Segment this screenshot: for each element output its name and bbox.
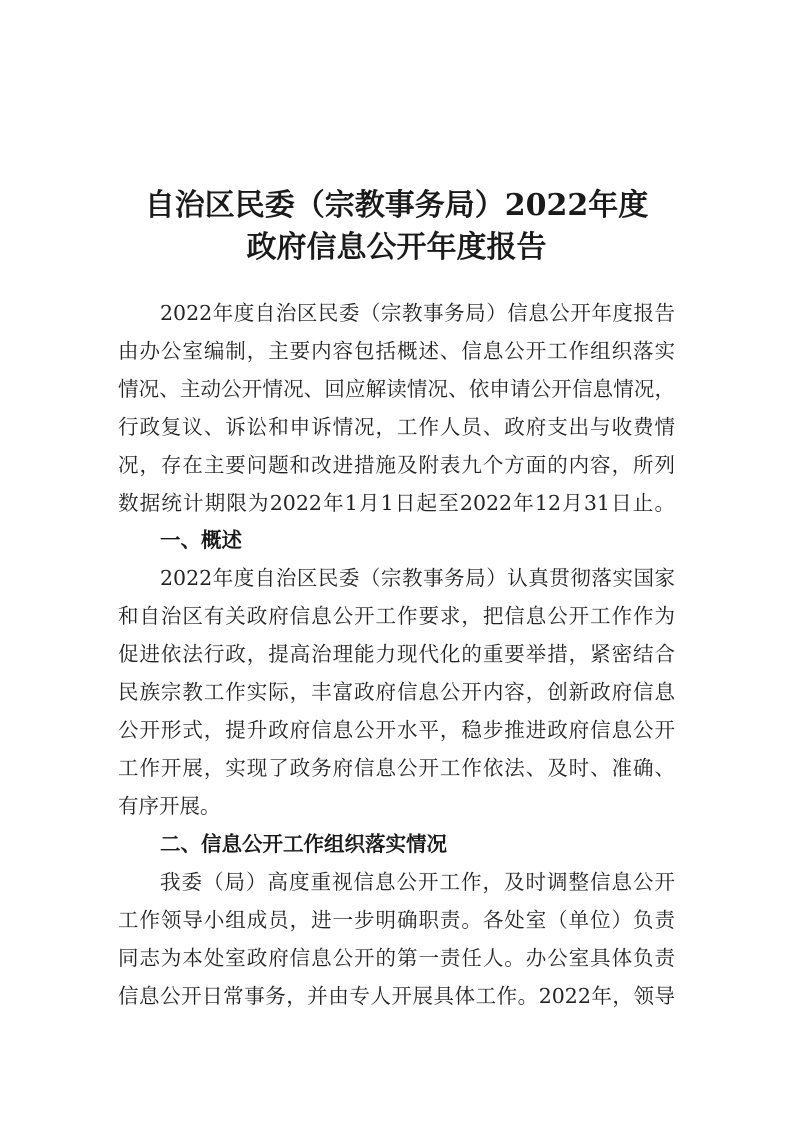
organization-paragraph-line: 同志为本处室政府信息公开的第一责任人。办公室具体负责 <box>118 943 675 973</box>
intro-paragraph-line: 由办公室编制，主要内容包括概述、信息公开工作组织落实 <box>118 336 675 366</box>
report-title-line-2: 政府信息公开年度报告 <box>0 222 793 266</box>
overview-paragraph-line: 公开形式，提升政府信息公开水平，稳步推进政府信息公开 <box>118 715 675 745</box>
section-heading-organization: 二、信息公开工作组织落实情况 <box>160 829 447 859</box>
intro-paragraph-line: 行政复议、诉讼和申诉情况，工作人员、政府支出与收费情 <box>118 412 675 442</box>
overview-paragraph-line: 和自治区有关政府信息公开工作要求，把信息公开工作作为 <box>118 601 675 631</box>
intro-paragraph-line: 情况、主动公开情况、回应解读情况、依申请公开信息情况， <box>118 374 675 404</box>
overview-paragraph-line: 有序开展。 <box>118 791 675 821</box>
intro-paragraph-line: 况，存在主要问题和改进措施及附表九个方面的内容，所列 <box>118 450 675 480</box>
overview-paragraph-line: 促进依法行政，提高治理能力现代化的重要举措，紧密结合 <box>118 639 675 669</box>
intro-paragraph-line: 数据统计期限为2022年1月1日起至2022年12月31日止。 <box>118 488 675 518</box>
overview-paragraph-line: 民族宗教工作实际，丰富政府信息公开内容，创新政府信息 <box>118 677 675 707</box>
organization-paragraph-line: 我委（局）高度重视信息公开工作，及时调整信息公开 <box>160 867 675 897</box>
organization-paragraph-line: 信息公开日常事务，并由专人开展具体工作。2022年，领导 <box>118 981 675 1011</box>
document-page: 自治区民委（宗教事务局）2022年度 政府信息公开年度报告 2022年度自治区民… <box>0 0 793 1122</box>
intro-paragraph-line: 2022年度自治区民委（宗教事务局）信息公开年度报告 <box>160 298 675 328</box>
overview-paragraph-line: 2022年度自治区民委（宗教事务局）认真贯彻落实国家 <box>160 563 675 593</box>
report-title-line-1: 自治区民委（宗教事务局）2022年度 <box>0 180 793 224</box>
organization-paragraph-line: 工作领导小组成员，进一步明确职责。各处室（单位）负责 <box>118 905 675 935</box>
section-heading-overview: 一、概述 <box>160 525 242 555</box>
overview-paragraph-line: 工作开展，实现了政务府信息公开工作依法、及时、准确、 <box>118 753 675 783</box>
